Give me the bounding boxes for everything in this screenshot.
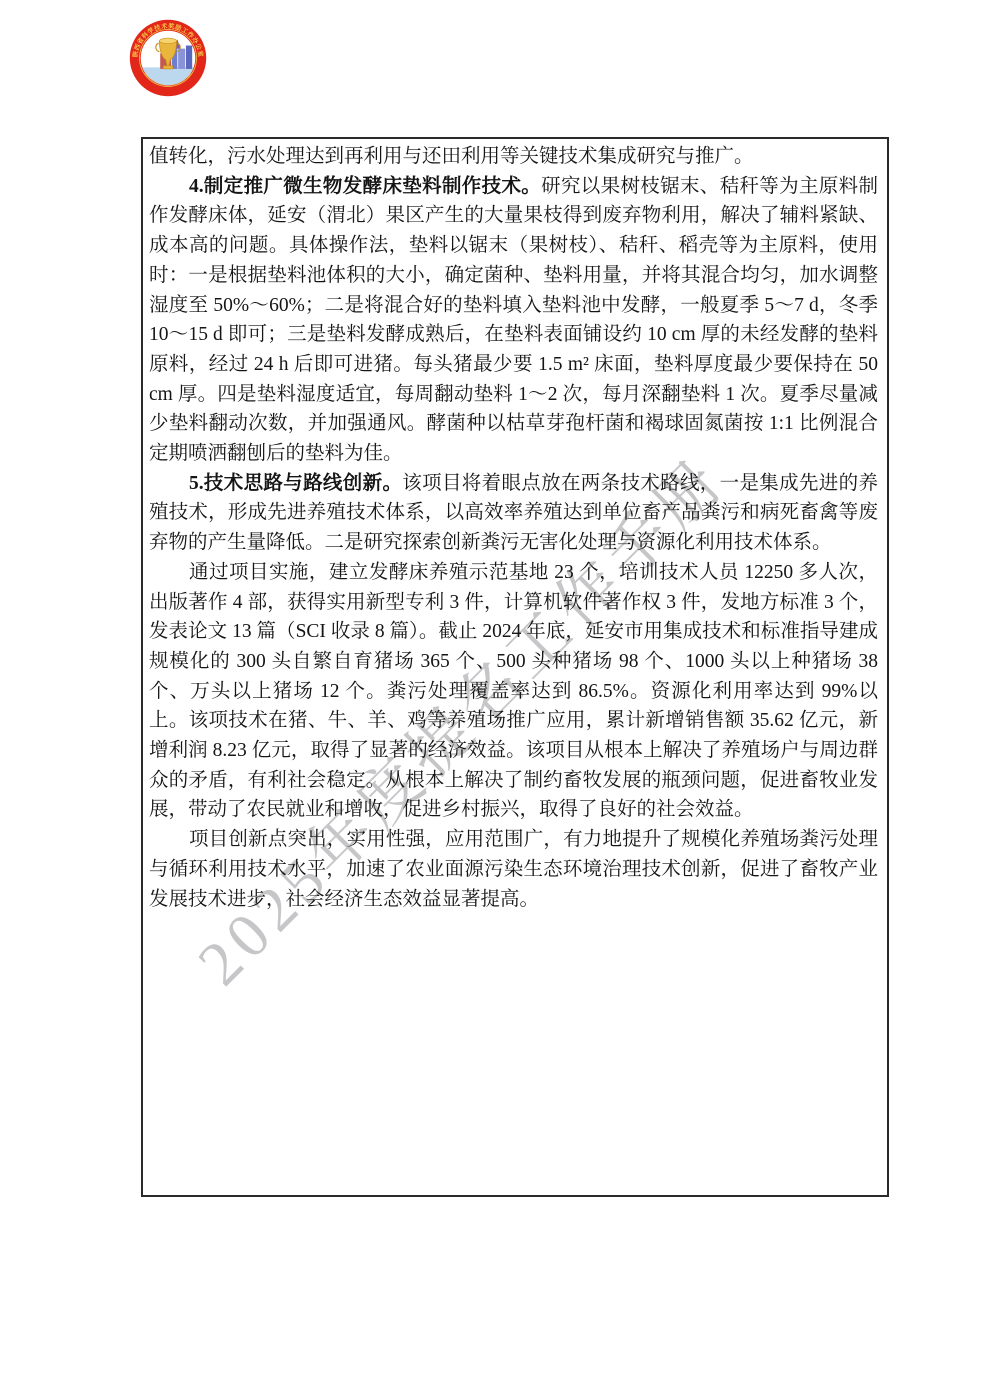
body-paragraph-results: 通过项目实施，建立发酵床养殖示范基地 23 个，培训技术人员 12250 多人次… bbox=[149, 558, 878, 825]
section5-heading: 5.技术思路与路线创新。 bbox=[189, 473, 402, 494]
paragraph-text: 值转化，污水处理达到再利用与还田利用等关键技术集成研究与推广。 bbox=[149, 146, 754, 167]
body-paragraph-section5: 5.技术思路与路线创新。该项目将着眼点放在两条技术路线，一是集成先进的养殖技术，… bbox=[149, 469, 878, 558]
paragraph-text: 通过项目实施，建立发酵床养殖示范基地 23 个，培训技术人员 12250 多人次… bbox=[149, 562, 878, 821]
body-paragraph-continuation: 值转化，污水处理达到再利用与还田利用等关键技术集成研究与推广。 bbox=[149, 142, 878, 172]
document-page: 陕西省科学技术奖励工作办公室 Shaanxi Office Of Science… bbox=[0, 0, 990, 1399]
body-paragraph-summary: 项目创新点突出，实用性强，应用范围广，有力地提升了规模化养殖场粪污处理与循环利用… bbox=[149, 825, 878, 914]
body-paragraph-section4: 4.制定推广微生物发酵床垫料制作技术。研究以果树枝锯末、秸秆等为主原料制作发酵床… bbox=[149, 172, 878, 469]
content-table-cell: 值转化，污水处理达到再利用与还田利用等关键技术集成研究与推广。 4.制定推广微生… bbox=[141, 137, 889, 1197]
award-office-seal-logo: 陕西省科学技术奖励工作办公室 Shaanxi Office Of Science… bbox=[129, 19, 207, 97]
paragraph-text: 项目创新点突出，实用性强，应用范围广，有力地提升了规模化养殖场粪污处理与循环利用… bbox=[149, 829, 878, 909]
section4-heading: 4.制定推广微生物发酵床垫料制作技术。 bbox=[189, 176, 541, 197]
paragraph-text: 研究以果树枝锯末、秸秆等为主原料制作发酵床体，延安（渭北）果区产生的大量果枝得到… bbox=[149, 176, 878, 464]
